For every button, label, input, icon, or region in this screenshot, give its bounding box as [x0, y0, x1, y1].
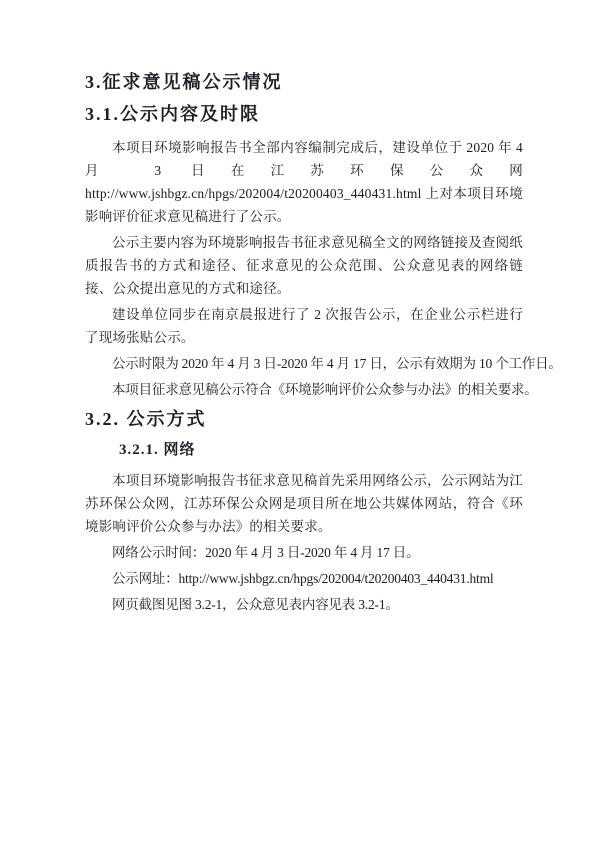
paragraph-network-disclosure-time: 网络公示时间：2020 年 4 月 3 日-2020 年 4 月 17 日。 — [85, 541, 523, 564]
heading-section-3-2: 3.2. 公示方式 — [85, 407, 523, 431]
paragraph-disclosure-url: 公示网址：http://www.jshbgz.cn/hpgs/202004/t2… — [85, 567, 523, 590]
paragraph-network-disclosure-method: 本项目环境影响报告书征求意见稿首先采用网络公示，公示网站为江苏环保公众网，江苏环… — [85, 469, 523, 538]
paragraph-figure-table-reference: 网页截图见图 3.2-1，公众意见表内容见表 3.2-1。 — [85, 593, 523, 616]
document-page: 3.征求意见稿公示情况 3.1.公示内容及时限 本项目环境影响报告书全部内容编制… — [0, 0, 600, 848]
paragraph-disclosure-main-content: 公示主要内容为环境影响报告书征求意见稿全文的网络链接及查阅纸质报告书的方式和途径… — [85, 231, 523, 300]
paragraph-newspaper-and-site-disclosure: 建设单位同步在南京晨报进行了 2 次报告公示，在企业公示栏进行了现场张贴公示。 — [85, 303, 523, 349]
paragraph-report-completion-disclosure: 本项目环境影响报告书全部内容编制完成后，建设单位于 2020 年 4 月 3 日… — [85, 136, 523, 228]
paragraph-disclosure-period: 公示时限为 2020 年 4 月 3 日-2020 年 4 月 17 日，公示有… — [85, 352, 523, 375]
heading-section-3-1: 3.1.公示内容及时限 — [85, 102, 523, 126]
heading-section-3-2-1: 3.2.1. 网络 — [119, 439, 523, 461]
heading-section-3: 3.征求意见稿公示情况 — [85, 70, 523, 94]
paragraph-compliance-statement: 本项目征求意见稿公示符合《环境影响评价公众参与办法》的相关要求。 — [85, 378, 523, 401]
